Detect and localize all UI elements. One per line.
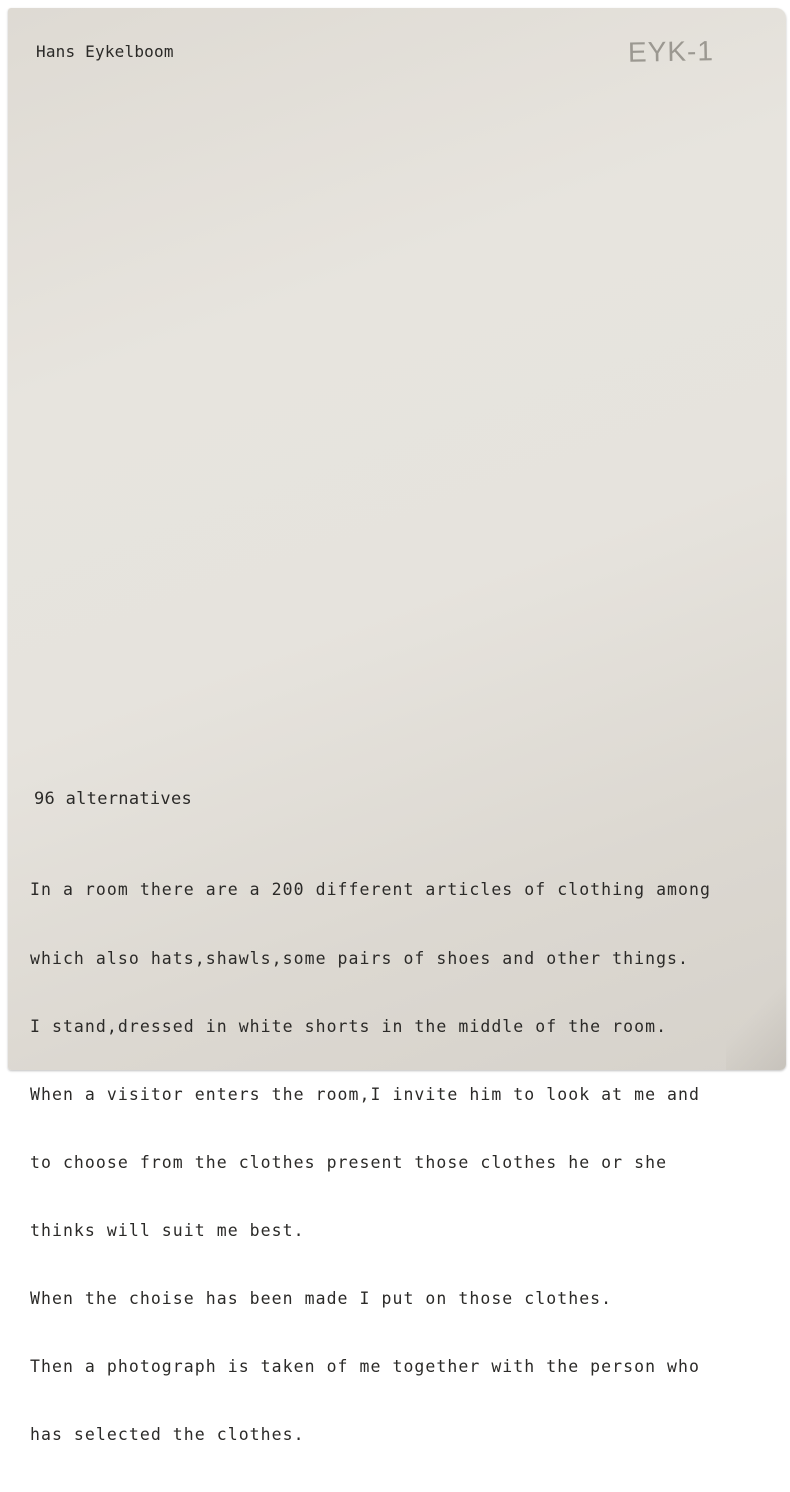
document-title: 96 alternatives — [34, 789, 192, 809]
text-line: I stand,dressed in white shorts in the m… — [30, 1016, 711, 1039]
description-paragraph: In a room there are a 200 different arti… — [30, 834, 711, 1076]
handwritten-catalog-mark: EYK-1 — [628, 35, 714, 68]
author-name: Hans Eykelboom — [36, 42, 174, 61]
document-page: Hans Eykelboom EYK-1 96 alternatives In … — [8, 8, 786, 1070]
text-line: which also hats,shawls,some pairs of sho… — [30, 948, 711, 971]
text-line: In a room there are a 200 different arti… — [30, 879, 711, 902]
